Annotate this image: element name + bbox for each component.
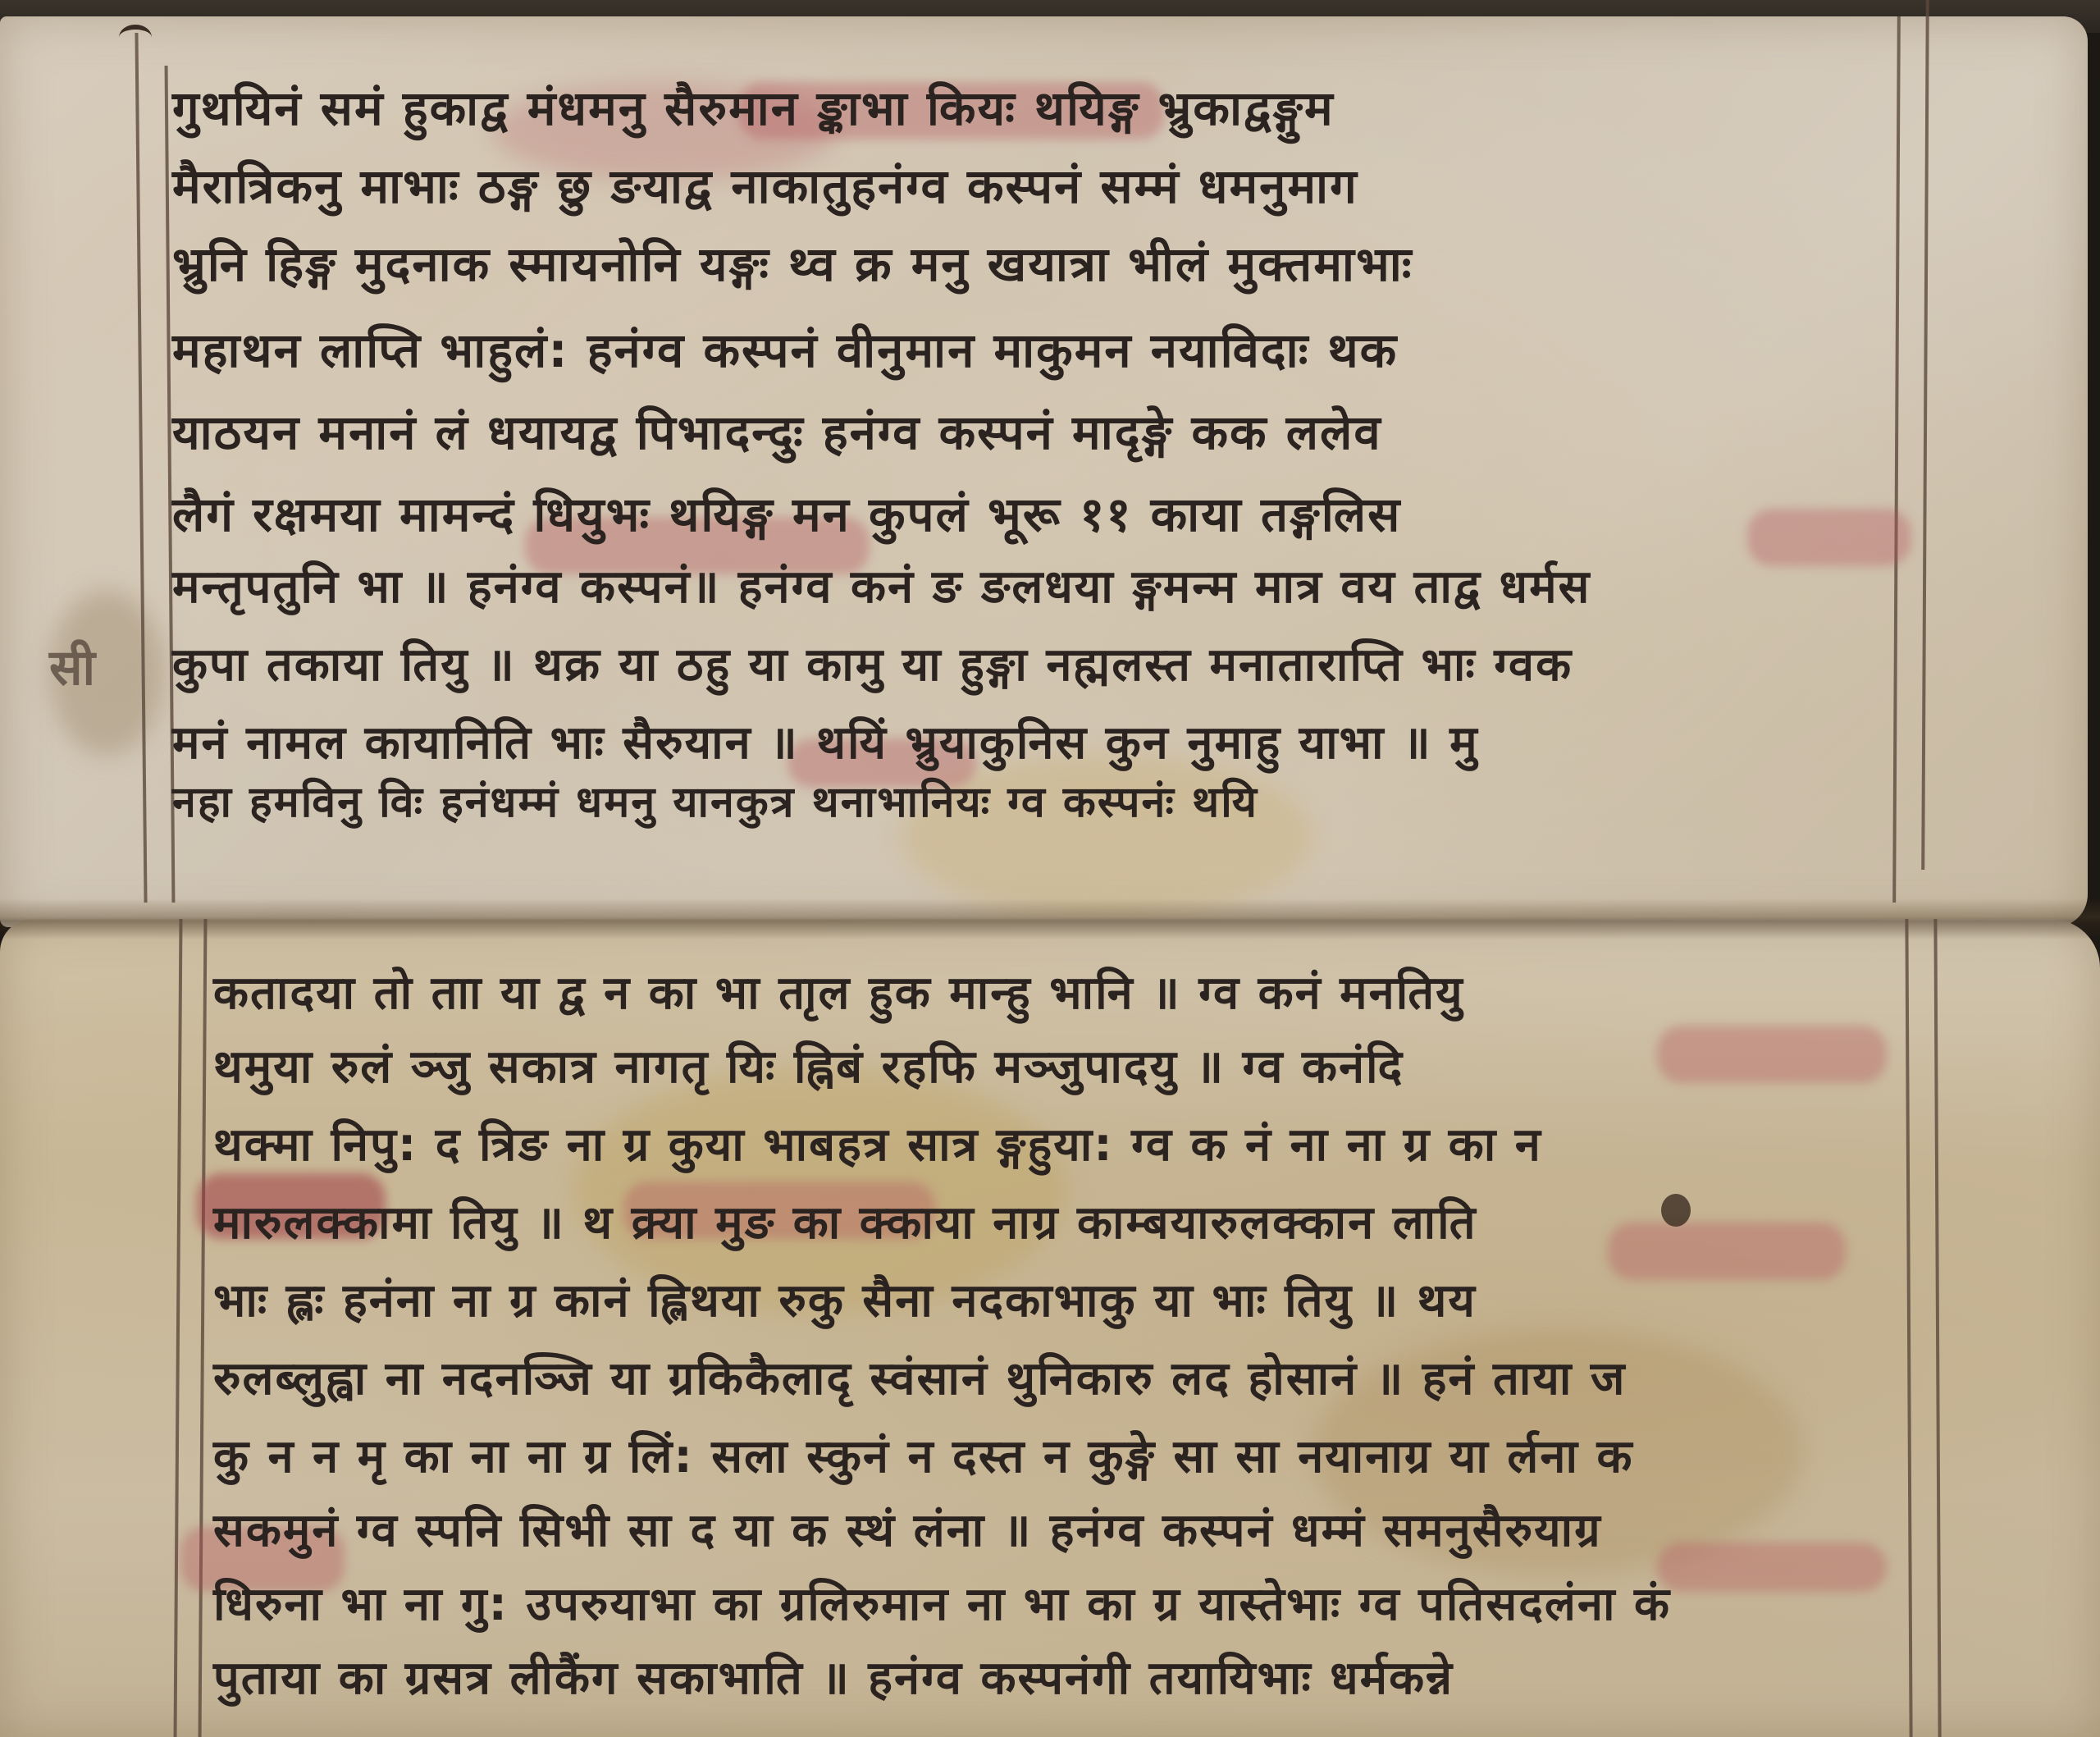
- rubric-highlight: [1657, 1543, 1887, 1592]
- rubric-highlight: [1657, 1026, 1887, 1083]
- ink-blot: [1661, 1194, 1691, 1227]
- manuscript-line: धिरुना भा ना गु: उपरुयाभा का ग्रलिरुमान …: [213, 1571, 1671, 1634]
- manuscript-line: भ्रुनि हिङ्ग मुदनाक स्मायनोनि यङ्गः थ्व …: [172, 230, 1413, 295]
- manuscript-line: भाः ह्लः हनंना ना ग्र कानं ह्लिथया रुकु …: [213, 1268, 1477, 1330]
- page-fold: [0, 898, 2100, 939]
- rubric-highlight: [1608, 1223, 1846, 1280]
- manuscript-line: थमुया रुलं ञ्जु सकात्र नागतृ यिः ह्निबं …: [213, 1034, 1404, 1096]
- manuscript-line: कु न न मृ का ना ना ग्र लिं: सला स्कुनं न…: [213, 1424, 1633, 1486]
- corner-ink-mark: [119, 25, 152, 50]
- manuscript-line: गुथयिनं समं हुकाद्व मंधमनु सैरुमान ङ्काभ…: [172, 74, 1335, 139]
- manuscript-line: थक्मा निपु: द त्रिङ ना ग्र कुया भाबहत्र …: [213, 1112, 1542, 1174]
- manuscript-line: याठयन मनानं लं धयायद्व पिभादन्दुः हनंग्व…: [172, 398, 1382, 463]
- manuscript-line: महाथन लाप्ति भाहुलं: हनंग्व कस्पनं वीनुम…: [172, 316, 1398, 381]
- manuscript-line: कतादया तो ताा या द्व न का भा ताृल हुक मा…: [213, 960, 1464, 1022]
- manuscript-line: मनं नामल कायानिति भाः सैरुयान ॥ थयिं भ्र…: [172, 710, 1479, 772]
- manuscript-line: नहा हमविनु विः हनंधम्मं धमनु यानकुत्र थन…: [172, 771, 1258, 830]
- manuscript-line: रुलब्लुह्वा ना नदनञ्जि या ग्रकिकैलादृ स्…: [213, 1346, 1626, 1408]
- margin-glyph: सी: [49, 632, 95, 699]
- manuscript-line: लैगं रक्षमया मामन्दं धियुभः थयिङ्ग मन कु…: [172, 480, 1401, 545]
- manuscript-line: मारुलक्कामा तियु ॥ थ क्र्या मुङ का क्काय…: [213, 1190, 1477, 1252]
- manuscript-line: मैरात्रिकनु माभाः ठङ्ग छु ङयाद्व नाकातुह…: [172, 152, 1358, 217]
- manuscript-line: सकमुनं ग्व स्पनि सिभी सा द या क स्थं लंन…: [213, 1497, 1602, 1560]
- rubric-highlight: [1747, 509, 1911, 566]
- manuscript-line: कुपा तकाया तियु ॥ थक्र या ठहु या कामु या…: [172, 632, 1573, 694]
- manuscript-line: पुताया का ग्रसत्र लीकैंग सकाभाति ॥ हनंग्…: [213, 1645, 1454, 1707]
- manuscript-line: मन्तृपतुनि भा ॥ हनंग्व कस्पनं॥ हनंग्व कन…: [172, 554, 1591, 616]
